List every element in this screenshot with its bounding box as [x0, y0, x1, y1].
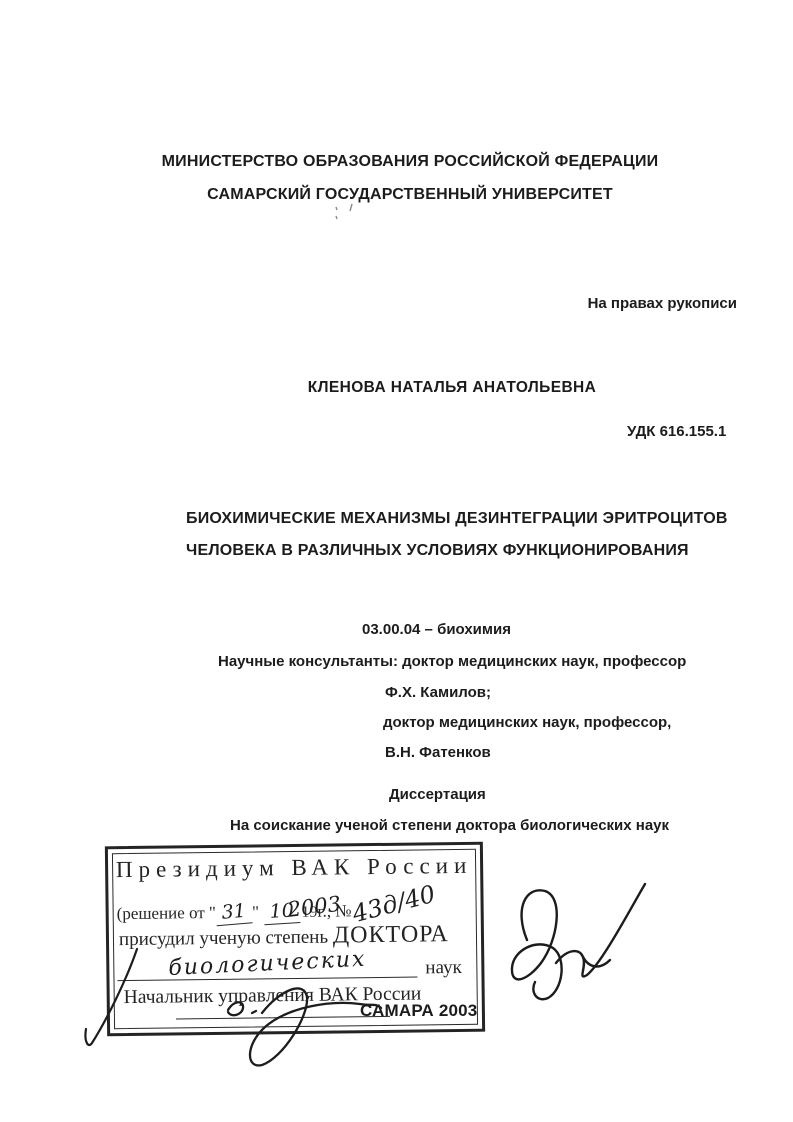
stamp-header: Президиум ВАК России: [108, 853, 480, 884]
stamp-field-handwritten: биологических: [168, 947, 367, 981]
scanned-title-page: { "page": { "header_line1": "МИНИСТЕРСТВ…: [0, 0, 793, 1122]
stamp-field-underline: биологических: [117, 950, 417, 982]
udk-code: УДК 616.155.1: [627, 423, 726, 440]
stamp-decision-prefix: (решение от ": [117, 903, 216, 923]
university-header-line: САМАРСКИЙ ГОСУДАРСТВЕННЫЙ УНИВЕРСИТЕТ: [70, 186, 750, 204]
specialty-code: 03.00.04 – биохимия: [362, 621, 511, 638]
scan-smudge: [336, 204, 352, 219]
dissertation-title-line1: БИОХИМИЧЕСКИЕ МЕХАНИЗМЫ ДЕЗИНТЕГРАЦИИ ЭР…: [186, 510, 728, 528]
degree-seeking-line: На соискание ученой степени доктора биол…: [230, 817, 669, 834]
consultant2-title: доктор медицинских наук, профессор,: [383, 714, 671, 731]
right-signature: [512, 884, 645, 999]
ministry-header-line: МИНИСТЕРСТВО ОБРАЗОВАНИЯ РОССИЙСКОЙ ФЕДЕ…: [70, 153, 750, 171]
stamp-award-line: присудил ученую степень ДОКТОРА: [119, 921, 449, 952]
city-year: САМАРА 2003: [360, 1001, 477, 1021]
manuscript-rights-note: На правах рукописи: [588, 295, 737, 312]
stamp-year-printed: 192003: [301, 904, 317, 922]
stamp-close-quote: ": [252, 902, 259, 921]
consultant1-name: Ф.Х. Камилов;: [385, 684, 491, 701]
consultants-intro: Научные консультанты: доктор медицинских…: [218, 653, 686, 670]
stamp-nauk-word: наук: [425, 957, 462, 979]
dissertation-title-line2: ЧЕЛОВЕКА В РАЗЛИЧНЫХ УСЛОВИЯХ ФУНКЦИОНИР…: [186, 542, 689, 560]
dissertation-label: Диссертация: [389, 786, 486, 803]
author-name: КЛЕНОВА НАТАЛЬЯ АНАТОЛЬЕВНА: [70, 379, 792, 397]
stamp-awarded-text: присудил ученую степень: [119, 927, 328, 951]
stamp-day-handwritten: 31: [215, 899, 253, 926]
consultant2-name: В.Н. Фатенков: [385, 744, 491, 761]
stamp-degree-word: ДОКТОРА: [333, 921, 449, 948]
